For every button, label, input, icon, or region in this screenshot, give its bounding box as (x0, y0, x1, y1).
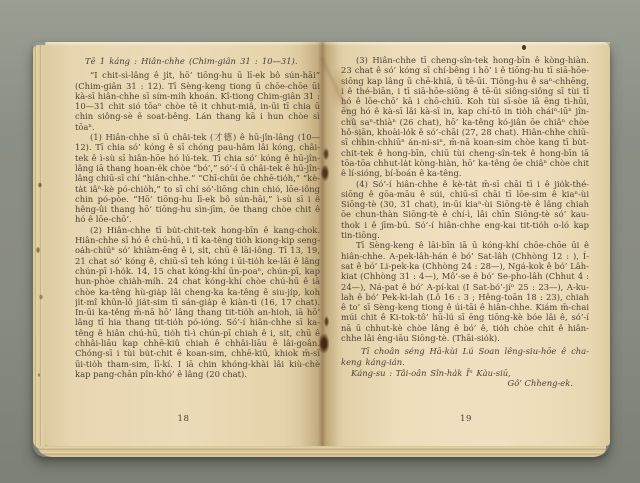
page-19-text-column: (3) Hiân-chhe tī cheng-sîn-tek hong-bīn … (341, 55, 589, 411)
page-18: Tē 1 káng : Hiân-chhe (Chim-giân 31 : 10… (45, 42, 322, 446)
paragraph-point-1: (1) Hiân-chhe sī ū châi-tek (才德) ê hū-jî… (75, 132, 320, 225)
chapter-heading: Tē 1 káng : Hiân-chhe (Chim-giân 31 : 10… (75, 56, 320, 66)
paragraph-point-2: (2) Hiân-chhe tī bu̍t-chit-tek hong-bīn … (75, 225, 320, 379)
paragraph-intro: “I chit-sì-lâng ê ji̍t, hō’ tiōng-hu ū l… (75, 70, 320, 132)
paragraph-point-4: (4) Só’-í hiân-chhe ê kè-ta̍t m̄-sī chāi… (341, 179, 589, 241)
lecturer-name: Gô’ Chheng-ek. (341, 378, 589, 388)
stacked-page-edges-bottom (38, 446, 606, 457)
page-number-18: 18 (45, 414, 322, 424)
footer-note: Tī choân séng Hā-kùi Lú Soan lêng-siu-hō… (341, 346, 589, 367)
photo-background: Tē 1 káng : Hiân-chhe (Chim-giân 31 : 10… (0, 0, 640, 483)
paragraph-point-3: (3) Hiân-chhe tī cheng-sîn-tek hong-bīn … (341, 55, 589, 179)
lecturer-line: Káng-su : Tâi-oân Sîn-ha̍k Īⁿ Kàu-siū, (341, 368, 589, 378)
page-number-19: 19 (322, 414, 610, 424)
page-18-text-column: Tē 1 káng : Hiân-chhe (Chim-giân 31 : 10… (75, 56, 320, 412)
open-book: Tē 1 káng : Hiân-chhe (Chim-giân 31 : 10… (33, 42, 610, 457)
page-19: (3) Hiân-chhe tī cheng-sîn-tek hong-bīn … (322, 42, 610, 446)
paragraph-scripture-examples: Tī Sèng-keng ê lāi-bīn iā ū kóng-khí chō… (341, 240, 589, 343)
